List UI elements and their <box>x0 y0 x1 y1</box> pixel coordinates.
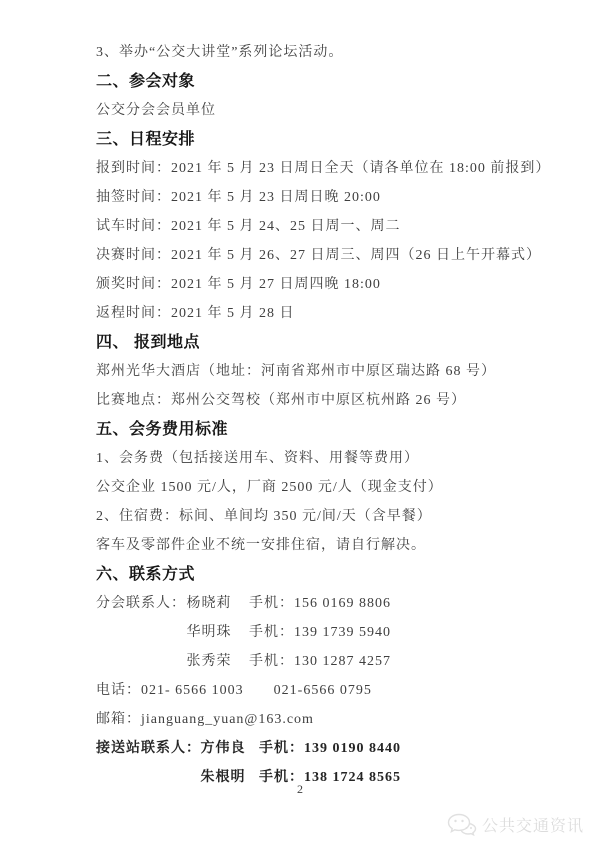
contact-name: 方伟良 <box>201 740 255 757</box>
fee-item-1-detail: 公交企业 1500 元/人，厂商 2500 元/人（现金支付） <box>96 479 580 496</box>
watermark: 公共交通资讯 <box>447 813 584 836</box>
branch-contact-line: 分会联系人： 杨晓莉 手机：156 0169 8806 <box>96 595 580 612</box>
heading-contacts: 六、联系方式 <box>96 566 580 583</box>
contact-name: 杨晓莉 <box>187 595 245 612</box>
chat-bubbles-icon <box>447 813 477 836</box>
schedule-trial: 试车时间：2021 年 5 月 24、25 日周一、周二 <box>96 218 580 235</box>
fee-item-1: 1、会务费（包括接送用车、资料、用餐等费用） <box>96 450 580 467</box>
schedule-checkin: 报到时间：2021 年 5 月 23 日周日全天（请各单位在 18:00 前报到… <box>96 160 580 177</box>
heading-fees: 五、会务费用标准 <box>96 421 580 438</box>
contact-phone: 手机：156 0169 8806 <box>249 596 391 611</box>
telephone-line: 电话：021- 6566 1003 021-6566 0795 <box>96 682 580 699</box>
branch-contact-line: 张秀荣 手机：130 1287 4257 <box>96 653 580 670</box>
location-venue: 比赛地点：郑州公交驾校（郑州市中原区杭州路 26 号） <box>96 392 580 409</box>
contact-phone: 手机：139 0190 8440 <box>259 741 401 756</box>
heading-location: 四、 报到地点 <box>96 334 580 351</box>
heading-attendees: 二、参会对象 <box>96 73 580 90</box>
schedule-award: 颁奖时间：2021 年 5 月 27 日周四晚 18:00 <box>96 276 580 293</box>
pickup-contact-label: 接送站联系人： <box>96 740 196 757</box>
watermark-label: 公共交通资讯 <box>482 813 584 836</box>
branch-contact-label: 分会联系人： <box>96 595 182 612</box>
activity-item-3: 3、举办“公交大讲堂”系列论坛活动。 <box>96 44 580 61</box>
branch-contact-line: 华明珠 手机：139 1739 5940 <box>96 624 580 641</box>
contact-name: 张秀荣 <box>187 653 245 670</box>
fee-item-2: 2、住宿费：标间、单间均 350 元/间/天（含早餐） <box>96 508 580 525</box>
page-number: 2 <box>0 782 600 797</box>
heading-schedule: 三、日程安排 <box>96 131 580 148</box>
document-page: 3、举办“公交大讲堂”系列论坛活动。 二、参会对象 公交分会会员单位 三、日程安… <box>0 0 600 848</box>
attendees-body: 公交分会会员单位 <box>96 102 580 119</box>
contact-phone: 手机：130 1287 4257 <box>249 654 391 669</box>
schedule-lottery: 抽签时间：2021 年 5 月 23 日周日晚 20:00 <box>96 189 580 206</box>
location-hotel: 郑州光华大酒店（地址：河南省郑州市中原区瑞达路 68 号） <box>96 363 580 380</box>
email-line: 邮箱：jianguang_yuan@163.com <box>96 711 580 728</box>
contact-phone: 手机：139 1739 5940 <box>249 625 391 640</box>
schedule-return: 返程时间：2021 年 5 月 28 日 <box>96 305 580 322</box>
pickup-contact-line: 接送站联系人： 方伟良 手机：139 0190 8440 <box>96 740 580 757</box>
contact-name: 华明珠 <box>187 624 245 641</box>
schedule-final: 决赛时间：2021 年 5 月 26、27 日周三、周四（26 日上午开幕式） <box>96 247 580 264</box>
fee-note: 客车及零部件企业不统一安排住宿，请自行解决。 <box>96 537 580 554</box>
